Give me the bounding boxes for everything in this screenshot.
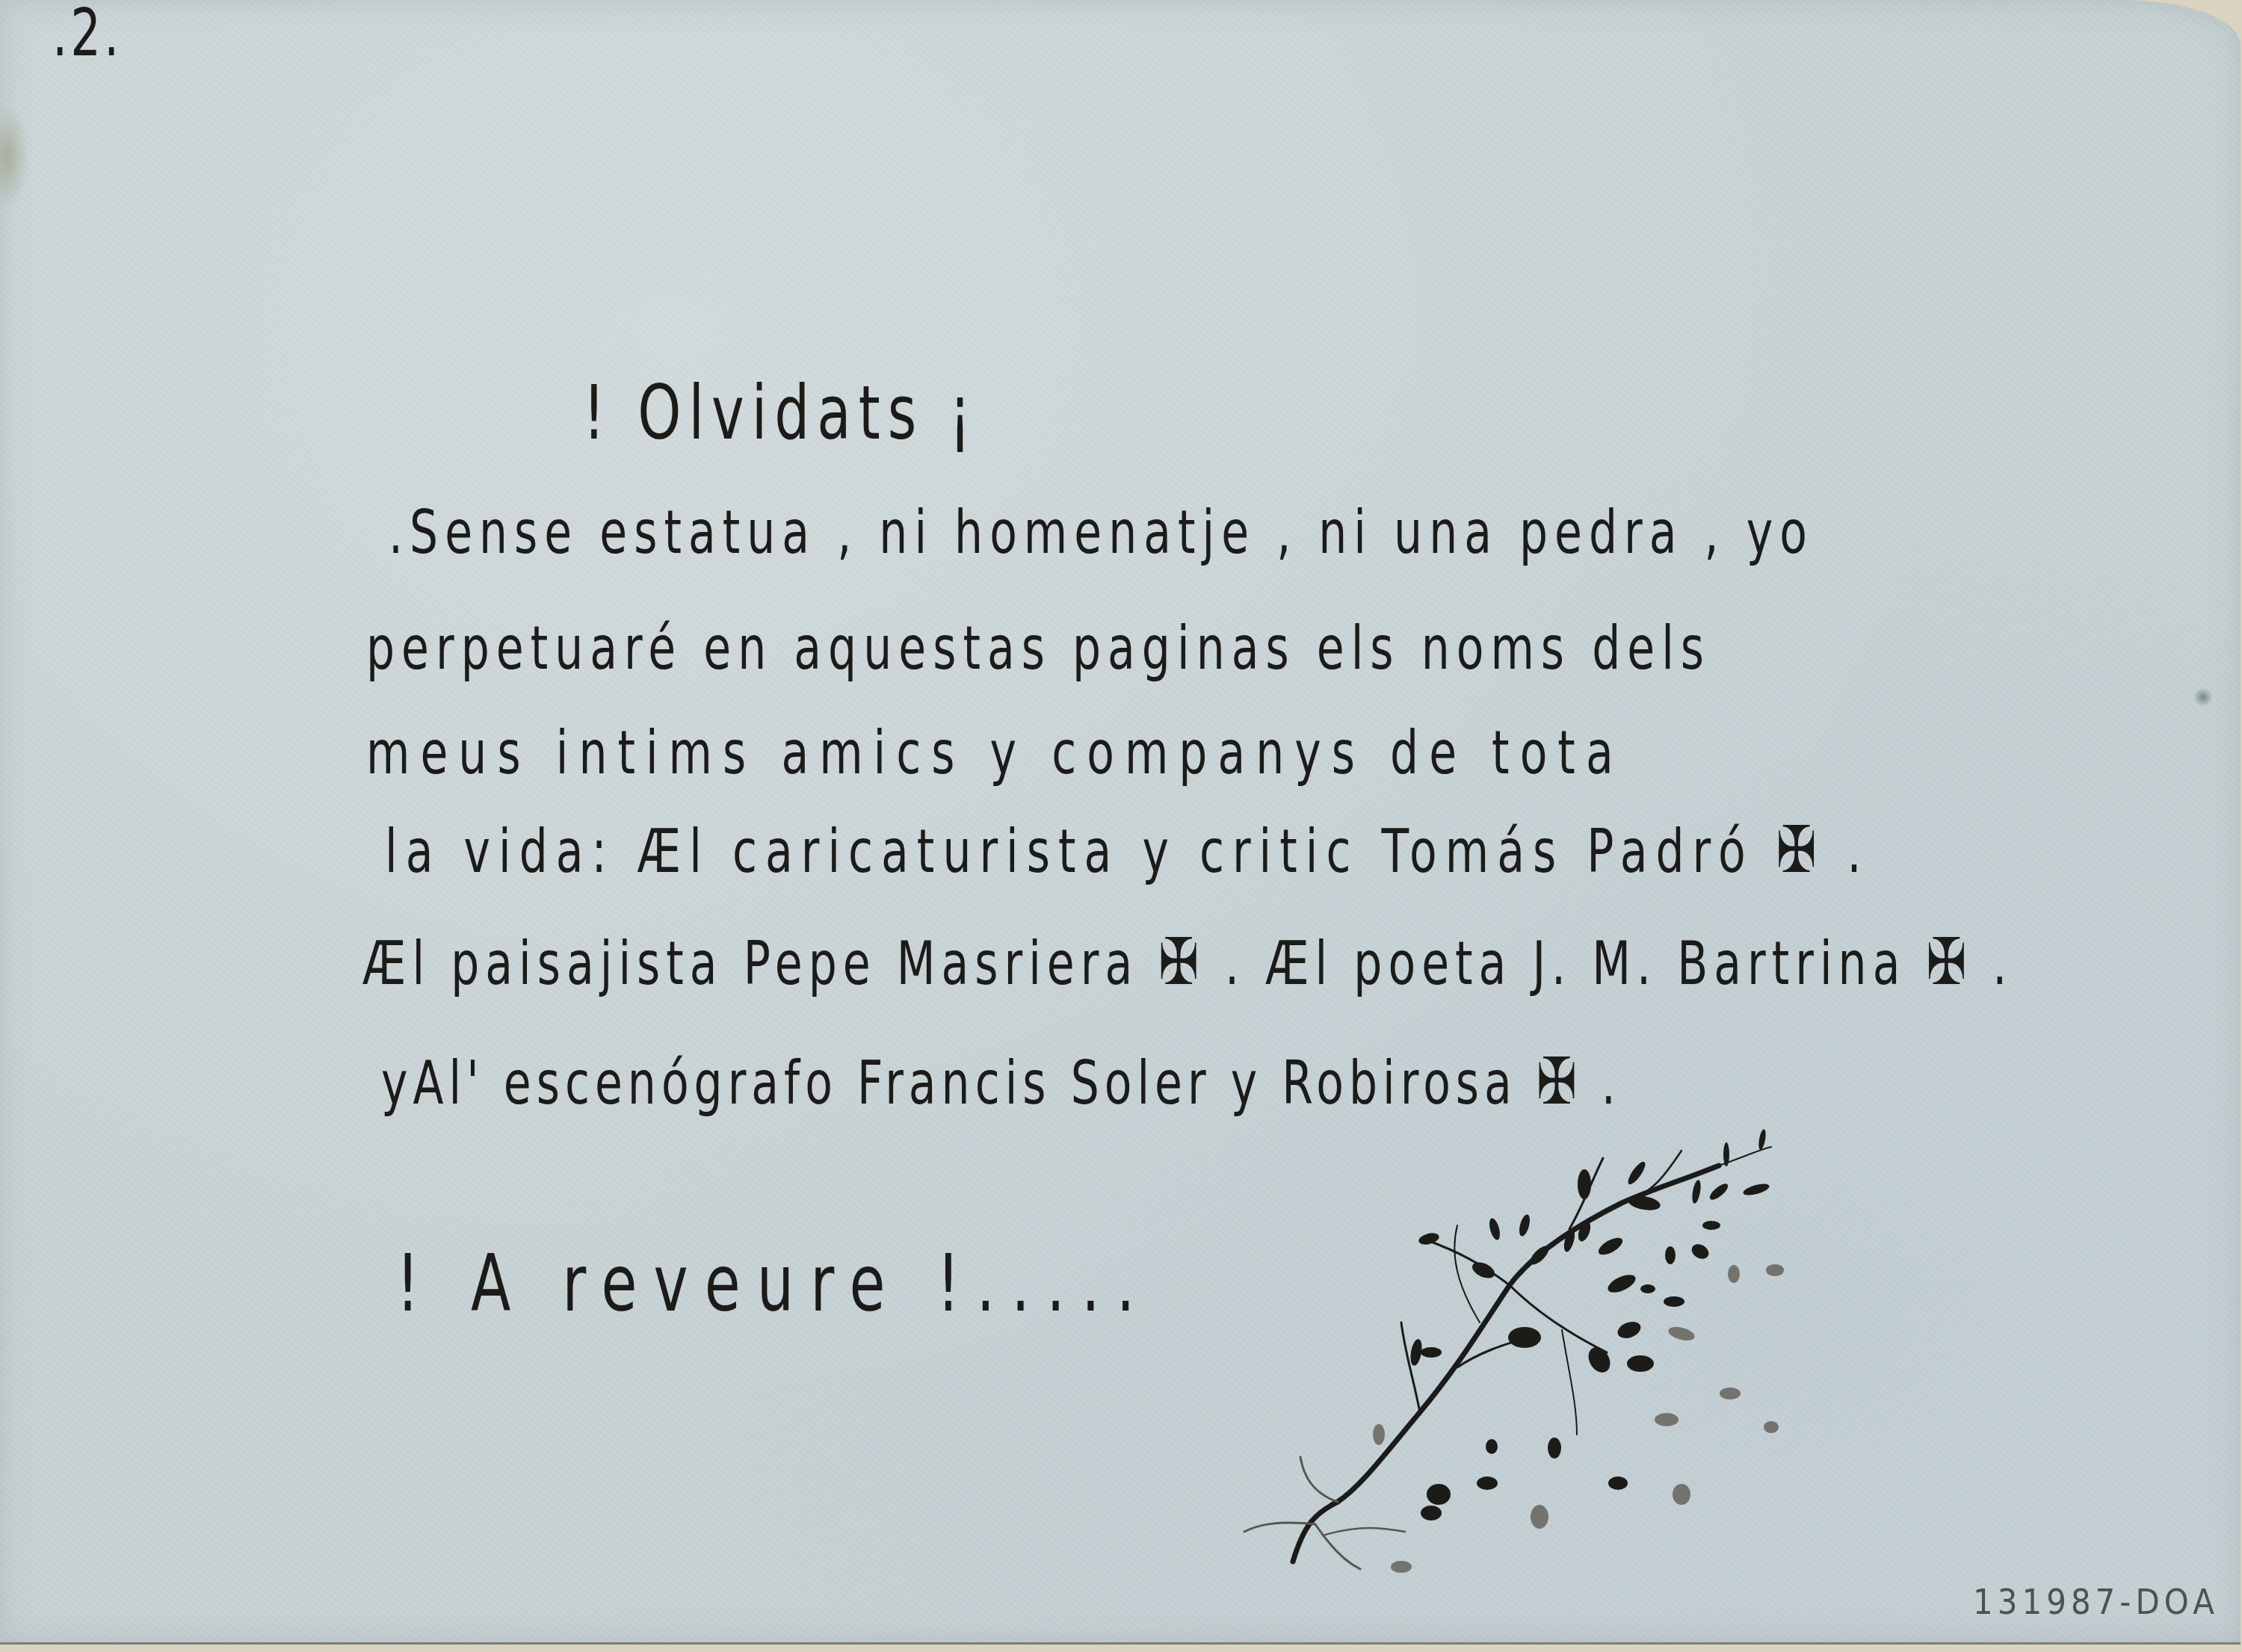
text-line-4: la vida: Æl caricaturista y critic Tomás… [385,814,1870,888]
manuscript-page: .2. ! Olvidats ¡ .Sense estatua , ni hom… [0,0,2241,1645]
page-title: ! Olvidats ¡ [583,370,978,457]
text-line-5: Æl paisajista Pepe Masriera ✠ . Æl poeta… [362,926,2013,1000]
cross-icon: ✠ [1776,814,1825,888]
farewell-text: ! A reveure !..... [396,1240,1152,1331]
text-line-4-content: la vida: Æl caricaturista y critic Tomás… [385,817,1754,888]
text-line-5-suffix: . [1992,929,2013,1000]
text-line-2: perpetuaré en aquestas paginas els noms … [366,613,1711,684]
text-line-4-suffix: . [1847,817,1869,888]
text-line-1: .Sense estatua , ni homenatje , ni una p… [389,498,1814,569]
cross-icon: ✠ [1158,926,1205,1000]
catalog-number: 131987-DOA [1973,1583,2219,1623]
branch-illustration-icon [1233,1106,1801,1584]
page-number: .2. [52,0,122,72]
cross-icon: ✠ [1927,926,1973,1000]
text-line-5-middle: . Æl poeta J. M. Bartrina [1225,929,1906,1000]
paper-stain [2193,687,2213,707]
paper-stain [0,105,30,209]
text-line-5-content: Æl paisajista Pepe Masriera [362,929,1138,1000]
text-line-3: meus intims amics y companys de tota [366,718,1624,789]
